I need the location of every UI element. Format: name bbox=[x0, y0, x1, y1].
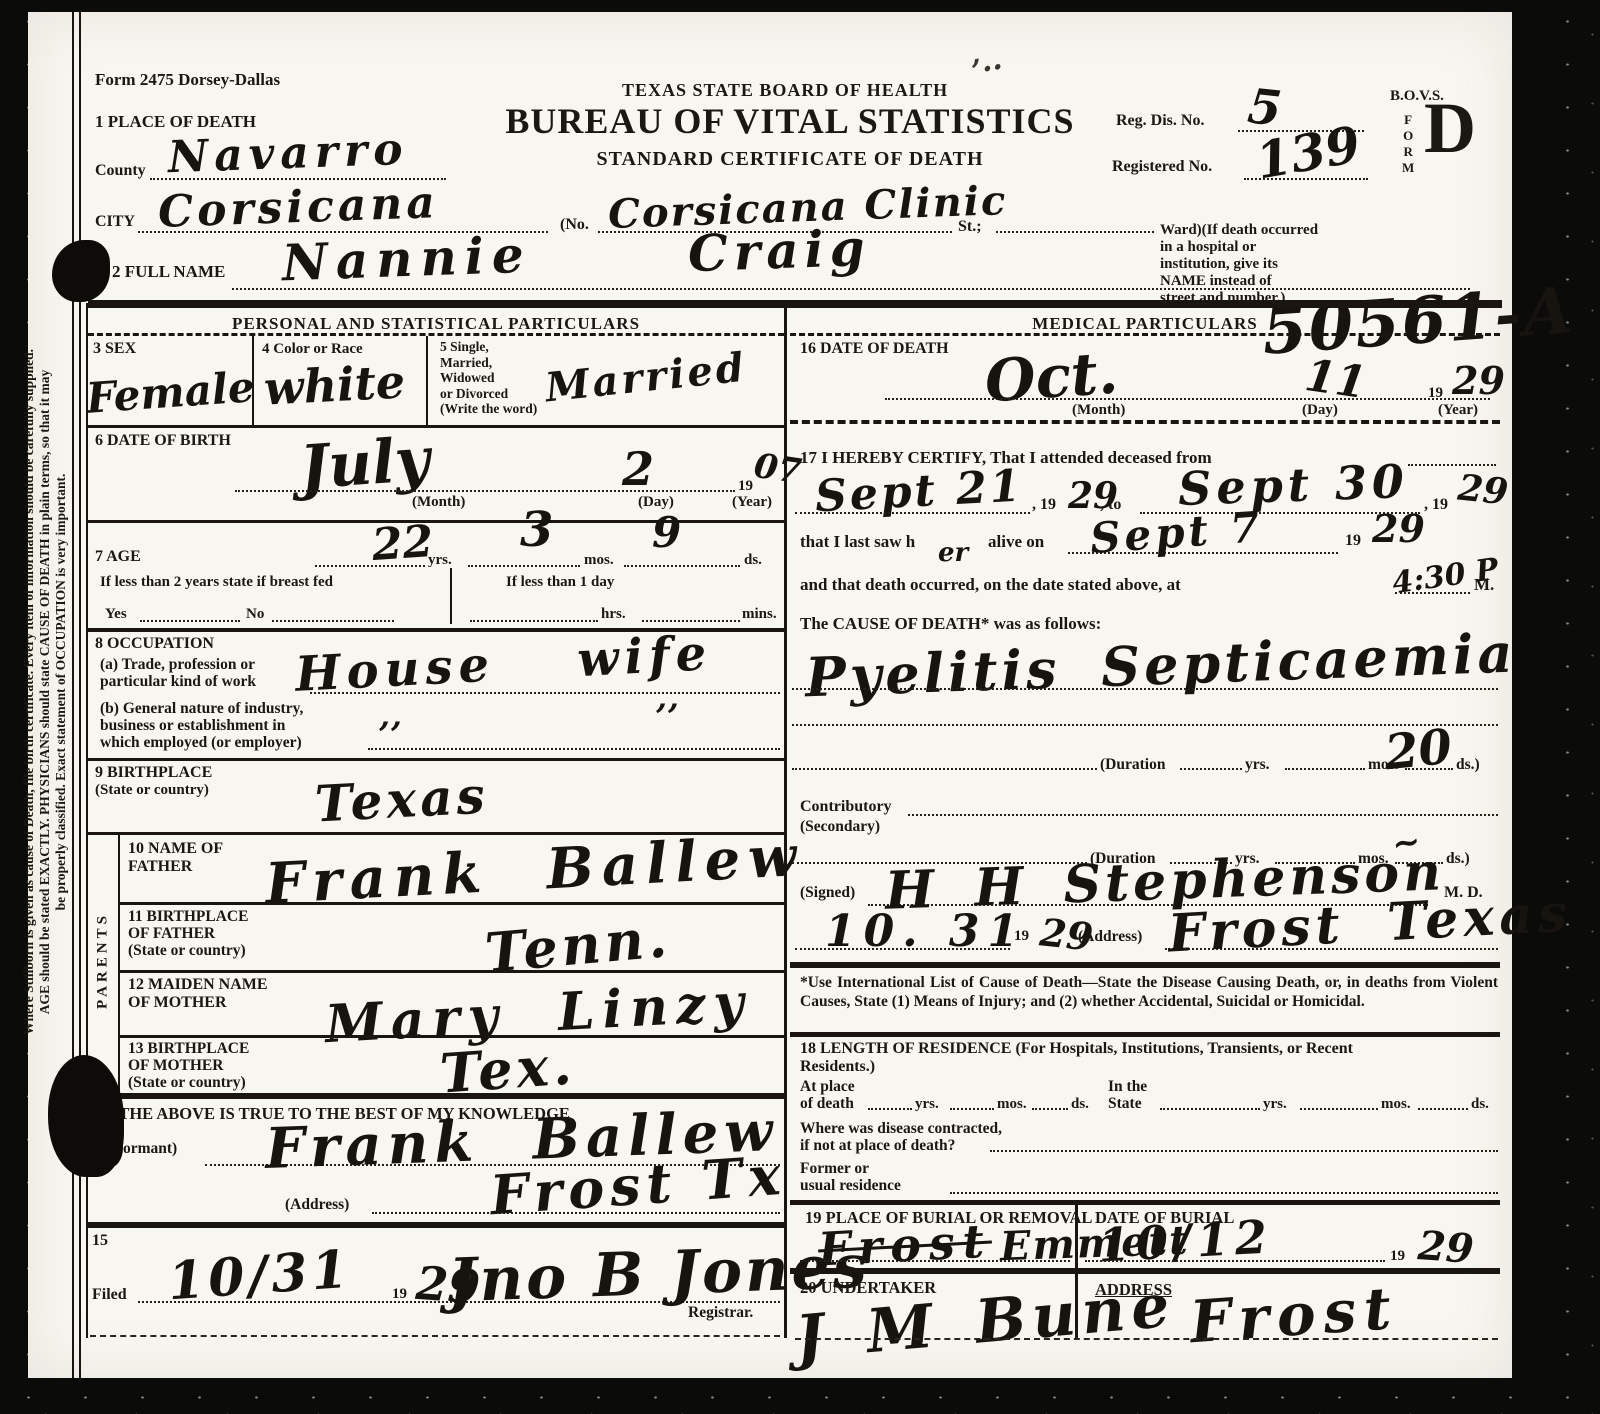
secondary-ds-label: ds.) bbox=[1446, 850, 1470, 868]
father-name-label: 10 NAME OF FATHER bbox=[128, 840, 223, 876]
full-name-last: Craig bbox=[687, 223, 871, 279]
filed-section-number: 15 bbox=[92, 1232, 108, 1250]
age-ds-line bbox=[624, 565, 740, 567]
dob-year-value: 07 bbox=[752, 449, 804, 489]
age-years-value: 22 bbox=[371, 520, 435, 568]
contracted-line bbox=[990, 1150, 1498, 1152]
occupation-a-label: (a) Trade, profession or particular kind… bbox=[100, 656, 256, 690]
full-name-line bbox=[232, 288, 1470, 290]
dod-month-value: Oct. bbox=[983, 343, 1120, 410]
to-year-printed: , 19 bbox=[1424, 496, 1448, 514]
ink-blob bbox=[52, 240, 110, 302]
last-saw-her: er bbox=[938, 540, 968, 566]
informant-address-label: (Address) bbox=[285, 1196, 349, 1214]
no-line bbox=[272, 620, 394, 622]
dob-line bbox=[235, 490, 735, 492]
burial-place-line bbox=[800, 1260, 1070, 1262]
age-days-value: 9 bbox=[652, 512, 681, 554]
row-line bbox=[88, 758, 784, 761]
contributory-label: Contributory bbox=[800, 798, 892, 816]
dob-day-value: 2 bbox=[622, 446, 654, 492]
signed-date-line bbox=[795, 948, 1010, 950]
scanned-death-certificate: Where Stillborn is given as cause of Dea… bbox=[0, 0, 1600, 1414]
hrs-label: hrs. bbox=[601, 606, 626, 623]
signed-label: (Signed) bbox=[800, 884, 855, 902]
age-label: 7 AGE bbox=[95, 548, 141, 566]
mother-birthplace-value: Tex. bbox=[438, 1037, 577, 1100]
bureau-title: BUREAU OF VITAL STATISTICS bbox=[480, 100, 1100, 142]
duration-yrs-line bbox=[1180, 768, 1242, 770]
registered-label: Registered No. bbox=[1112, 158, 1212, 176]
burial-place-struck: Frost bbox=[817, 1217, 993, 1272]
cell-divider bbox=[450, 568, 452, 624]
alive-on-label: alive on bbox=[988, 532, 1044, 552]
section-bar bbox=[88, 1093, 784, 1099]
state-mos-label: mos. bbox=[1381, 1096, 1411, 1113]
res-yrs-label: yrs. bbox=[915, 1096, 939, 1113]
at-place-label: At place of death bbox=[800, 1078, 855, 1112]
duration-ds-label: ds.) bbox=[1456, 756, 1480, 774]
form-stack: F O R M bbox=[1402, 112, 1414, 176]
personal-title: PERSONAL AND STATISTICAL PARTICULARS bbox=[88, 314, 784, 334]
registrar-signature: Jno B Jones bbox=[447, 1237, 870, 1312]
filed-year-printed: 19 bbox=[392, 1286, 407, 1303]
medical-title: MEDICAL PARTICULARS bbox=[790, 314, 1500, 334]
dod-month-caption: (Month) bbox=[1072, 402, 1125, 419]
burial-year-printed: 19 bbox=[1390, 1248, 1405, 1265]
cell-divider bbox=[426, 336, 428, 425]
duration-lead-line bbox=[792, 768, 1097, 770]
sex-label: 3 SEX bbox=[93, 340, 136, 358]
mother-birthplace-label: 13 BIRTHPLACE OF MOTHER (State or countr… bbox=[128, 1040, 249, 1091]
dod-day-caption: (Day) bbox=[1302, 402, 1338, 419]
birthplace-caption: (State or country) bbox=[95, 782, 209, 799]
street-no-label: (No. bbox=[560, 216, 589, 234]
reg-dis-value: 5 bbox=[1246, 82, 1284, 133]
contributory-line bbox=[908, 814, 1498, 816]
dod-year-printed: 19 bbox=[1428, 385, 1443, 402]
burial-date-line bbox=[1085, 1260, 1385, 1262]
hrs-line bbox=[470, 620, 598, 622]
father-birthplace-label: 11 BIRTHPLACE OF FATHER (State or countr… bbox=[128, 908, 248, 959]
age-ds-label: ds. bbox=[744, 552, 762, 569]
registrar-label: Registrar. bbox=[688, 1304, 753, 1322]
state-mos-line bbox=[1300, 1108, 1378, 1110]
county-label: County bbox=[95, 162, 146, 180]
in-the-state-label: In the State bbox=[1108, 1078, 1147, 1112]
ditto-mark: ’’ bbox=[378, 718, 402, 752]
section-bar bbox=[790, 1200, 1500, 1205]
section-bar bbox=[88, 1222, 784, 1228]
certify-tail-line bbox=[1408, 464, 1496, 466]
ink-blob bbox=[95, 1128, 123, 1168]
county-value: Navarro bbox=[167, 128, 409, 180]
occupation-label: 8 OCCUPATION bbox=[95, 635, 214, 653]
res-ds-line bbox=[1032, 1108, 1068, 1110]
st-line bbox=[996, 231, 1154, 233]
from-year-printed: , 19 bbox=[1032, 496, 1056, 514]
filed-date-value: 10/31 bbox=[166, 1244, 353, 1309]
attended-from-line bbox=[795, 512, 1030, 514]
burial-year-value: 29 bbox=[1417, 1226, 1475, 1270]
color-race-value: white bbox=[263, 358, 406, 411]
full-name-first: Nannie bbox=[281, 230, 532, 289]
pen-scribble: ’·· bbox=[970, 53, 1006, 88]
city-label: CITY bbox=[95, 213, 135, 231]
mother-name-label: 12 MAIDEN NAME OF MOTHER bbox=[128, 976, 268, 1012]
duration-mos-line bbox=[1285, 768, 1365, 770]
last-saw-year-printed: 19 bbox=[1345, 532, 1361, 550]
dob-month-value: July bbox=[298, 430, 432, 499]
residence-label: 18 LENGTH OF RESIDENCE (For Hospitals, I… bbox=[800, 1040, 1353, 1076]
occupation-b-line bbox=[368, 748, 780, 750]
age-mos-label: mos. bbox=[584, 552, 614, 569]
standard-title: STANDARD CERTIFICATE OF DEATH bbox=[480, 148, 1100, 171]
age-months-value: 3 bbox=[520, 506, 553, 554]
row-line bbox=[118, 970, 784, 973]
table-left-border bbox=[86, 303, 88, 1338]
state-yrs-line bbox=[1160, 1108, 1260, 1110]
duration-ds-value: 20 bbox=[1383, 723, 1454, 778]
res-mos-line bbox=[950, 1108, 994, 1110]
section-bar bbox=[790, 1032, 1500, 1037]
former-residence-line bbox=[950, 1192, 1498, 1194]
last-saw-year-value: 29 bbox=[1372, 510, 1425, 548]
dod-year-value: 29 bbox=[1452, 362, 1505, 400]
state-ds-line bbox=[1418, 1108, 1468, 1110]
bottom-rule bbox=[795, 1338, 1498, 1340]
last-saw-label: that I last saw h bbox=[800, 532, 915, 552]
marital-label: 5 Single, Married, Widowed or Divorced (… bbox=[440, 339, 537, 417]
cause-label: The CAUSE OF DEATH* was as follows: bbox=[800, 614, 1101, 634]
st-label: St.; bbox=[958, 218, 982, 236]
birthplace-label: 9 BIRTHPLACE bbox=[95, 764, 212, 782]
age-mos-line bbox=[468, 565, 580, 567]
row-line bbox=[88, 425, 784, 428]
personal-title-rule bbox=[88, 333, 784, 336]
birthplace-value: Texas bbox=[314, 770, 490, 829]
res-ds-label: ds. bbox=[1071, 1096, 1089, 1113]
occurred-label: and that death occurred, on the date sta… bbox=[800, 575, 1181, 595]
row-line bbox=[118, 1035, 784, 1038]
form-number: Form 2475 Dorsey-Dallas bbox=[95, 70, 280, 90]
duration-label: (Duration bbox=[1100, 756, 1165, 774]
mins-line bbox=[642, 620, 740, 622]
res-mos-label: mos. bbox=[997, 1096, 1027, 1113]
time-m-label: M. bbox=[1474, 575, 1494, 595]
reg-dis-label: Reg. Dis. No. bbox=[1116, 112, 1204, 130]
undertaker-address-value: Frost bbox=[1188, 1279, 1400, 1351]
state-ds-label: ds. bbox=[1471, 1096, 1489, 1113]
breastfed-label: If less than 2 years state if breast fed bbox=[100, 574, 333, 591]
physician-address-label: (Address) bbox=[1078, 928, 1142, 946]
mins-label: mins. bbox=[742, 606, 777, 623]
sex-value: Female bbox=[85, 366, 256, 420]
dob-year-caption: (Year) bbox=[732, 494, 772, 511]
medical-title-rule bbox=[790, 333, 1500, 336]
duration-yrs-label: yrs. bbox=[1245, 756, 1270, 774]
former-residence-label: Former or usual residence bbox=[800, 1160, 901, 1194]
dod-line bbox=[885, 398, 1490, 400]
ditto-mark: ’’ bbox=[655, 700, 679, 734]
dob-month-caption: (Month) bbox=[412, 494, 465, 511]
full-name-label: 2 FULL NAME bbox=[112, 262, 225, 282]
city-value: Corsicana bbox=[157, 181, 439, 235]
no-label: No bbox=[246, 606, 264, 623]
dod-year-caption: (Year) bbox=[1438, 402, 1478, 419]
cause-line-1 bbox=[792, 688, 1498, 690]
lessday-label: If less than 1 day bbox=[506, 574, 614, 591]
filed-label: Filed bbox=[92, 1286, 127, 1304]
form-letter: D bbox=[1424, 92, 1476, 164]
last-saw-date-value: Sept 7 bbox=[1089, 506, 1265, 560]
bottom-rule bbox=[90, 1335, 780, 1337]
footnote: *Use International List of Cause of Deat… bbox=[800, 974, 1498, 1011]
state-yrs-label: yrs. bbox=[1263, 1096, 1287, 1113]
res-yrs-line bbox=[868, 1108, 912, 1110]
to-year-value: 29 bbox=[1456, 469, 1510, 510]
yes-label: Yes bbox=[105, 606, 127, 623]
color-race-label: 4 Color or Race bbox=[262, 341, 363, 358]
dob-year-printed: 19 bbox=[738, 478, 753, 495]
yes-line bbox=[140, 620, 240, 622]
attended-to-value: Sept 30 bbox=[1177, 458, 1409, 512]
contracted-label: Where was disease contracted, if not at … bbox=[800, 1120, 1002, 1154]
row-line bbox=[118, 902, 784, 905]
section-bar bbox=[790, 962, 1500, 968]
board-title: TEXAS STATE BOARD OF HEALTH bbox=[622, 80, 948, 101]
secondary-label: (Secondary) bbox=[800, 818, 880, 836]
row-rule bbox=[790, 420, 1500, 424]
dob-label: 6 DATE OF BIRTH bbox=[95, 432, 231, 450]
parents-divider bbox=[118, 832, 120, 1093]
dod-label: 16 DATE OF DEATH bbox=[800, 340, 949, 358]
divider-bar bbox=[88, 300, 1502, 308]
signed-year-printed: 19 bbox=[1014, 928, 1029, 945]
occupation-b-label: (b) General nature of industry, business… bbox=[100, 700, 303, 751]
parents-label: PARENTS bbox=[95, 831, 112, 1091]
